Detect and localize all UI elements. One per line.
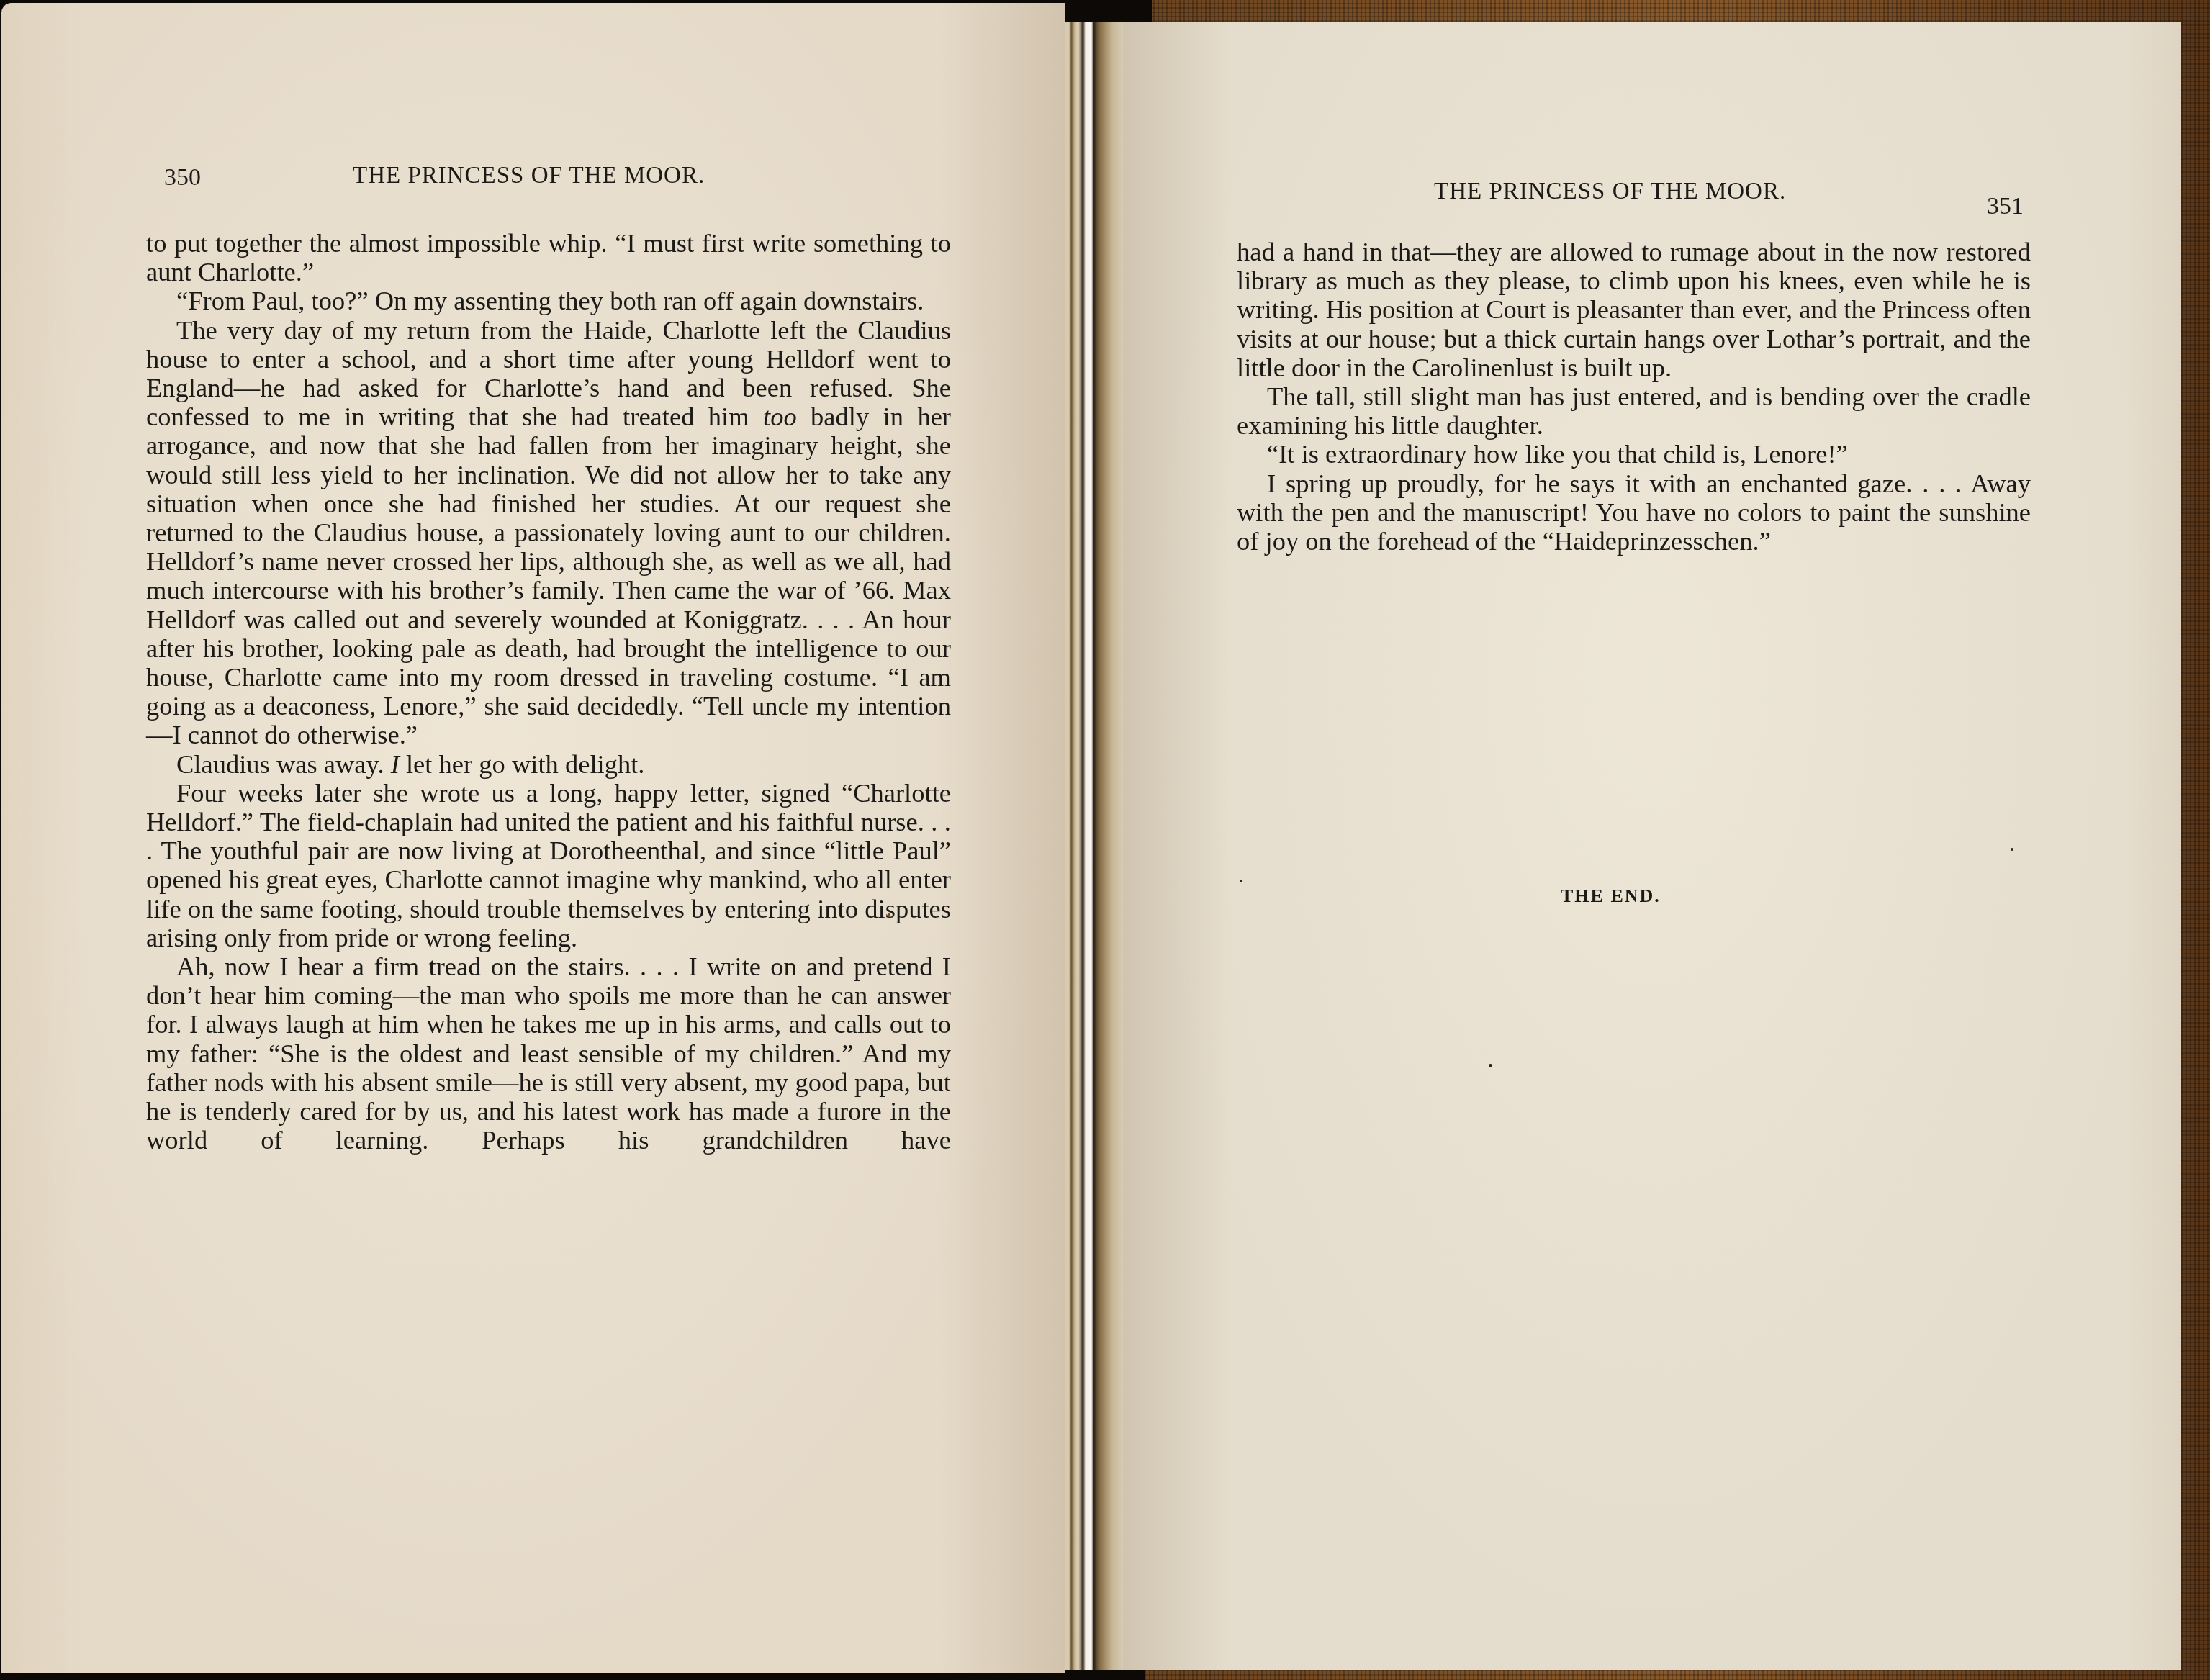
the-end-mark: THE END. [1561, 885, 1661, 907]
left-page-number: 350 [164, 164, 201, 191]
text-run: badly in her arrogance, and now that she… [146, 402, 951, 749]
paper-speck [1489, 1064, 1492, 1067]
paragraph: Ah, now I hear a firm tread on the stair… [146, 952, 951, 1155]
paper-speck [1240, 880, 1242, 882]
italic-emphasis: I [391, 749, 400, 779]
paragraph: The very day of my return from the Haide… [146, 316, 951, 750]
paragraph: Claudius was away. I let her go with del… [146, 750, 951, 779]
paragraph: Four weeks later she wrote us a long, ha… [146, 779, 951, 952]
paper-speck [888, 913, 890, 917]
right-page-number: 351 [1987, 193, 2024, 220]
left-running-head: THE PRINCESS OF THE MOOR. [353, 163, 705, 189]
paragraph: “From Paul, too?” On my assenting they b… [146, 286, 951, 315]
paragraph: had a hand in that—they are allowed to r… [1237, 238, 2031, 382]
book-spine-gutter [1065, 22, 1124, 1670]
text-run: Claudius was away. [176, 749, 391, 779]
right-page-body: had a hand in that—they are allowed to r… [1237, 238, 2031, 556]
italic-emphasis: too [763, 402, 797, 431]
paper-speck [2011, 848, 2013, 851]
right-running-head: THE PRINCESS OF THE MOOR. [1434, 179, 1786, 205]
text-run: let her go with delight. [400, 749, 645, 779]
paragraph: The tall, still slight man has just ente… [1237, 382, 2031, 440]
left-page-body: to put together the almost impossible wh… [146, 229, 951, 1155]
paragraph: I spring up proudly, for he says it with… [1237, 469, 2031, 556]
paragraph: “It is extraordinary how like you that c… [1237, 440, 2031, 469]
paragraph: to put together the almost impossible wh… [146, 229, 951, 286]
